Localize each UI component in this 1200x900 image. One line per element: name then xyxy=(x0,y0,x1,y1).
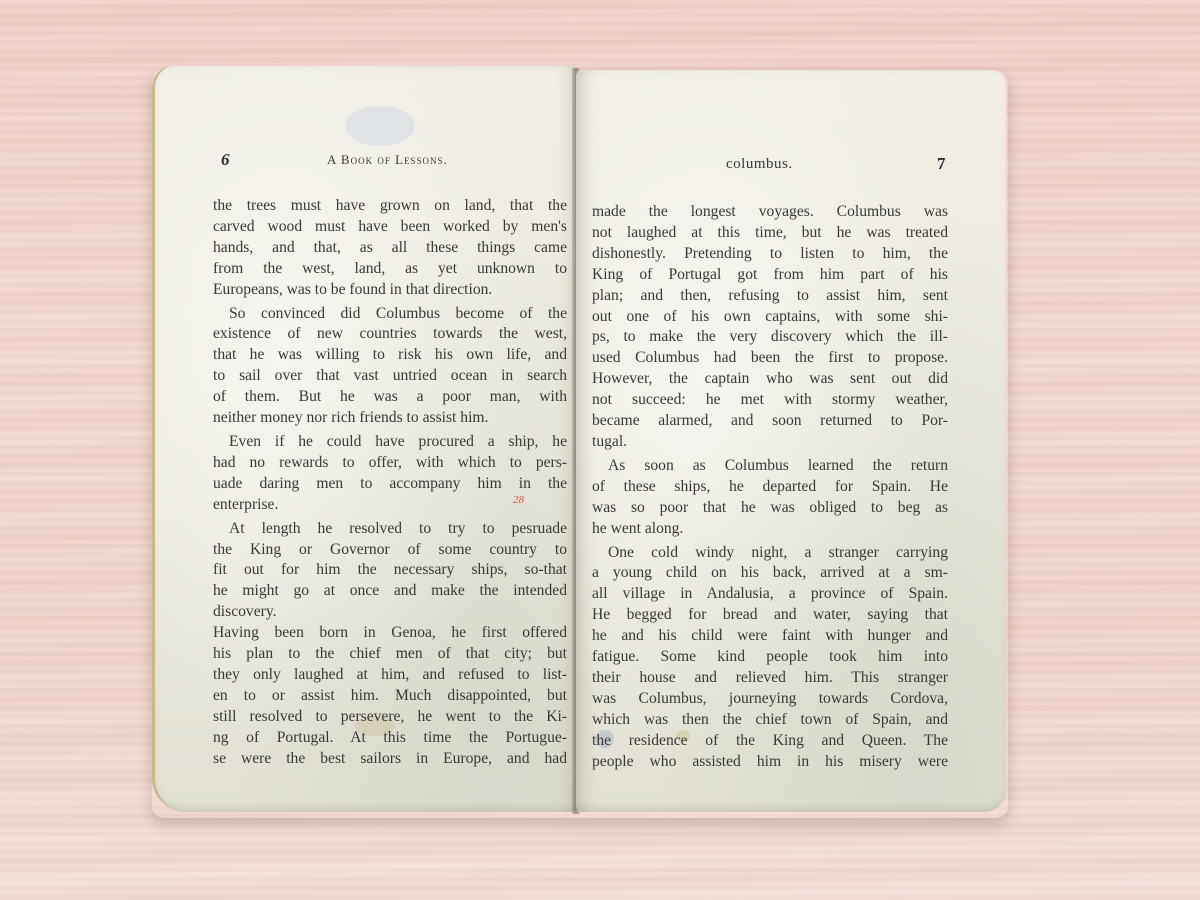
text-line: existence of new countries towards the w… xyxy=(213,324,567,345)
text-line: discovery. xyxy=(213,602,567,623)
text-line: was Columbus, journeying towards Cordova… xyxy=(592,689,948,710)
text-line: neither money nor rich friends to assist… xyxy=(213,408,567,429)
text-line: uade daring men to accompany him in the xyxy=(213,474,567,495)
text-line: Having been born in Genoa, he first offe… xyxy=(213,623,567,644)
text-line: was so poor that he was obliged to beg a… xyxy=(592,498,948,519)
right-page: columbus. 7 made the longest voyages. Co… xyxy=(576,70,1006,812)
text-line: all village in Andalusia, a province of … xyxy=(592,584,948,605)
text-line: hands, and that, as all these things cam… xyxy=(213,238,567,259)
text-line: he went along. xyxy=(592,519,948,540)
text-line: of them. But he was a poor man, with xyxy=(213,387,567,408)
text-line: of these ships, he departed for Spain. H… xyxy=(592,477,948,498)
text-line: from the west, land, as yet unknown to xyxy=(213,259,567,280)
left-page-body: the trees must have grown on land, that … xyxy=(213,196,567,769)
text-line: people who assisted him in his misery we… xyxy=(592,752,948,773)
text-line: his plan to the chief men of that city; … xyxy=(213,644,567,665)
text-line: had no rewards to offer, with which to p… xyxy=(213,453,567,474)
running-head: A Book of Lessons. xyxy=(327,152,448,168)
text-line: ng of Portugal. At this time the Portugu… xyxy=(213,728,567,749)
text-line: en to or assist him. Much disappointed, … xyxy=(213,686,567,707)
text-line: He begged for bread and water, saying th… xyxy=(592,605,948,626)
text-line: carved wood must have been worked by men… xyxy=(213,217,567,238)
text-line: to sail over that vast untried ocean in … xyxy=(213,366,567,387)
text-line: their house and relieved him. This stran… xyxy=(592,668,948,689)
page-number: 6 xyxy=(221,150,230,170)
text-line: plan; and then, refusing to assist him, … xyxy=(592,286,948,307)
text-line: At length he resolved to try to pesruade xyxy=(213,519,567,540)
text-line: the residence of the King and Queen. The xyxy=(592,731,948,752)
left-page: 6 A Book of Lessons. 28 the trees must h… xyxy=(152,66,578,812)
text-line: enterprise. xyxy=(213,495,567,516)
text-line: the King or Governor of some country to xyxy=(213,540,567,561)
ink-bleed-stain xyxy=(345,106,415,146)
text-line: used Columbus had been the first to prop… xyxy=(592,348,948,369)
text-line: Even if he could have procured a ship, h… xyxy=(213,432,567,453)
text-line: not succeed: he met with stormy weather, xyxy=(592,390,948,411)
text-line: not laughed at this time, but he was tre… xyxy=(592,223,948,244)
text-line: became alarmed, and soon returned to Por… xyxy=(592,411,948,432)
text-line: a young child on his back, arrived at a … xyxy=(592,563,948,584)
text-line: still resolved to persevere, he went to … xyxy=(213,707,567,728)
text-line: fatigue. Some kind people took him into xyxy=(592,647,948,668)
text-line: ps, to make the very discovery which the… xyxy=(592,327,948,348)
open-book: 6 A Book of Lessons. 28 the trees must h… xyxy=(0,0,1200,900)
running-head: columbus. xyxy=(726,156,793,173)
left-page-header: 6 A Book of Lessons. xyxy=(155,150,578,170)
text-line: One cold windy night, a stranger carryin… xyxy=(592,543,948,564)
text-line: dishonestly. Pretending to listen to him… xyxy=(592,244,948,265)
text-line: fit out for him the necessary ships, so-… xyxy=(213,560,567,581)
text-line: out one of his own captains, with some s… xyxy=(592,307,948,328)
text-line: that he was willing to risk his own life… xyxy=(213,345,567,366)
text-line: tugal. xyxy=(592,432,948,453)
page-number: 7 xyxy=(937,154,946,174)
text-line: Europeans, was to be found in that direc… xyxy=(213,280,567,301)
text-line: he and his child were faint with hunger … xyxy=(592,626,948,647)
text-line: he might go at once and make the intende… xyxy=(213,581,567,602)
text-line: However, the captain who was sent out di… xyxy=(592,369,948,390)
text-line: the trees must have grown on land, that … xyxy=(213,196,567,217)
text-line: made the longest voyages. Columbus was xyxy=(592,202,948,223)
text-line: So convinced did Columbus become of the xyxy=(213,304,567,325)
right-page-body: made the longest voyages. Columbus wasno… xyxy=(592,202,948,772)
text-line: As soon as Columbus learned the return xyxy=(592,456,948,477)
text-line: King of Portugal got from him part of hi… xyxy=(592,265,948,286)
text-line: they only laughed at him, and refused to… xyxy=(213,665,567,686)
text-line: se were the best sailors in Europe, and … xyxy=(213,749,567,770)
text-line: which was then the chief town of Spain, … xyxy=(592,710,948,731)
right-page-header: columbus. 7 xyxy=(576,154,1006,174)
